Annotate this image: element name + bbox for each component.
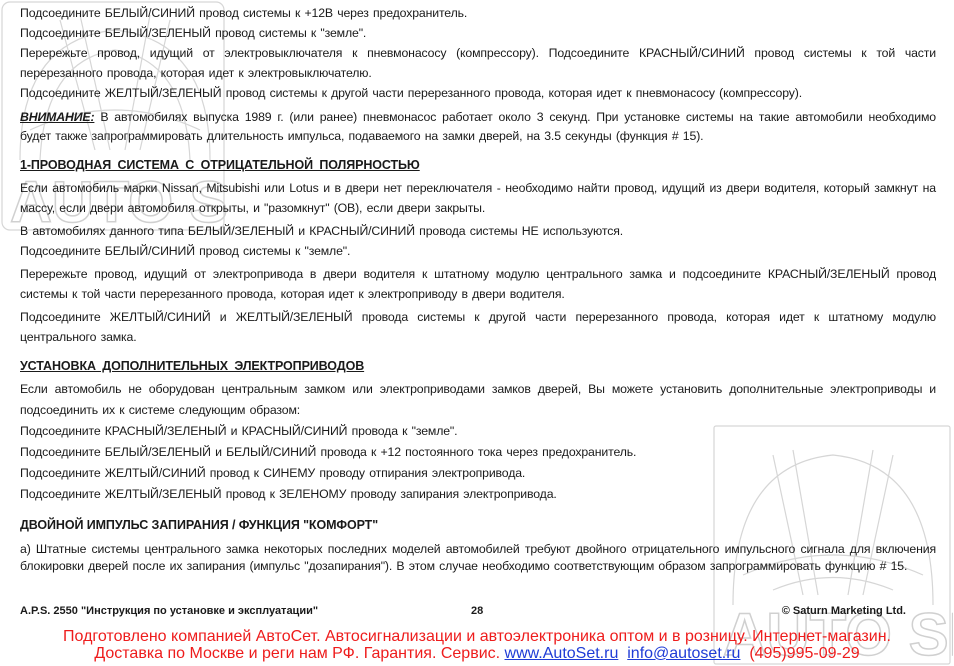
footer-document-title: A.P.S. 2550 "Инструкция по установке и э… xyxy=(20,605,318,617)
section3-paragraph: а) Штатные системы центрального замка не… xyxy=(20,541,936,575)
section2-paragraph: Подсоедините БЕЛЫЙ/ЗЕЛЕНЫЙ и БЕЛЫЙ/СИНИЙ… xyxy=(20,442,936,463)
section1-paragraph: Подсоедините ЖЕЛТЫЙ/СИНИЙ и ЖЕЛТЫЙ/ЗЕЛЕН… xyxy=(20,307,936,347)
phone-number: (495)995-09-29 xyxy=(749,645,859,662)
section1-paragraph: Подсоедините БЕЛЫЙ/СИНИЙ провод системы … xyxy=(20,241,936,261)
section1-paragraph: Если автомобиль марки Nissan, Mitsubishi… xyxy=(20,178,936,218)
section1-paragraph: В автомобилях данного типа БЕЛЫЙ/ЗЕЛЕНЫЙ… xyxy=(20,221,936,241)
footer-page-number: 28 xyxy=(471,605,483,617)
warning-paragraph: ВНИМАНИЕ: В автомобилях выпуска 1989 г. … xyxy=(20,108,936,146)
promo-line-1: Подготовлено компанией АвтоСет. Автосигн… xyxy=(0,628,954,646)
instruction-paragraph: Подсоедините БЕЛЫЙ/ЗЕЛЕНЫЙ провод систем… xyxy=(20,23,936,43)
instruction-paragraph: Подсоедините ЖЕЛТЫЙ/ЗЕЛЕНЫЙ провод систе… xyxy=(20,83,936,103)
footer-copyright: © Saturn Marketing Ltd. xyxy=(782,605,906,617)
warning-label: ВНИМАНИЕ: xyxy=(20,110,94,124)
section-heading-double-pulse: ДВОЙНОЙ ИМПУЛЬС ЗАПИРАНИЯ / ФУНКЦИЯ "КОМ… xyxy=(20,515,936,535)
warning-text: В автомобилях выпуска 1989 г. (или ранее… xyxy=(20,110,936,143)
section2-paragraph: Подсоедините КРАСНЫЙ/ЗЕЛЕНЫЙ и КРАСНЫЙ/С… xyxy=(20,421,936,442)
document-body: Подсоедините БЕЛЫЙ/СИНИЙ провод системы … xyxy=(20,0,936,575)
instruction-paragraph: Перережьте провод, идущий от электровыкл… xyxy=(20,43,936,83)
section2-paragraph: Подсоедините ЖЕЛТЫЙ/СИНИЙ провод к СИНЕМ… xyxy=(20,463,936,484)
section-heading-1wire: 1-ПРОВОДНАЯ СИСТЕМА С ОТРИЦАТЕЛЬНОЙ ПОЛЯ… xyxy=(20,155,936,175)
section2-paragraph: Если автомобиль не оборудован центральны… xyxy=(20,379,936,421)
promo-line-2: Доставка по Москве и реги нам РФ. Гарант… xyxy=(0,645,954,663)
email-link[interactable]: info@autoset.ru xyxy=(627,645,740,662)
website-link[interactable]: www.AutoSet.ru xyxy=(505,645,619,662)
page-footer: A.P.S. 2550 "Инструкция по установке и э… xyxy=(20,605,906,621)
section-heading-extra-actuators: УСТАНОВКА ДОПОЛНИТЕЛЬНЫХ ЭЛЕКТРОПРИВОДОВ xyxy=(20,356,936,376)
promo-delivery-text: Доставка по Москве и реги нам РФ. Гарант… xyxy=(94,645,504,662)
section2-paragraph: Подсоедините ЖЕЛТЫЙ/ЗЕЛЕНЫЙ провод к ЗЕЛ… xyxy=(20,484,936,505)
section1-paragraph: Перережьте провод, идущий от электроприв… xyxy=(20,264,936,304)
instruction-paragraph: Подсоедините БЕЛЫЙ/СИНИЙ провод системы … xyxy=(20,3,936,23)
